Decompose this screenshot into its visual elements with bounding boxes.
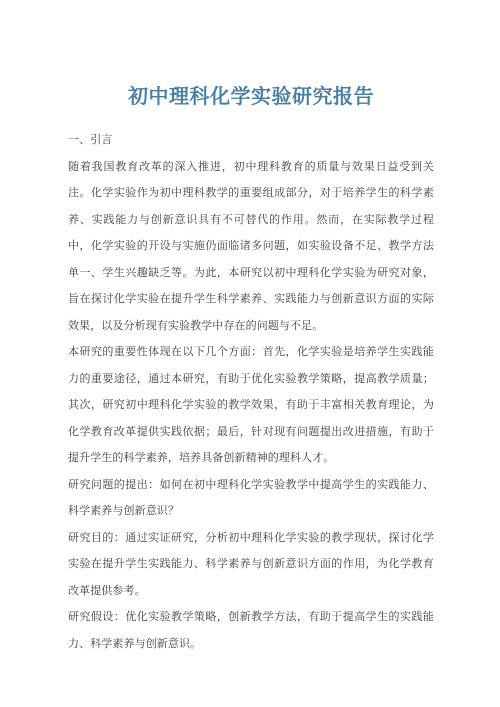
document-body: 一、引言 随着我国教育改革的深入推进，初中理科教育的质量与效果日益受到关注。化学… [68,127,434,657]
paragraph-research-hypothesis: 研究假设：优化实验教学策略，创新教学方法，有助于提高学生的实践能力、科学素养与创… [68,604,434,657]
document-title: 初中理科化学实验研究报告 [68,86,434,108]
paragraph-research-purpose: 研究目的：通过实证研究，分析初中理科化学实验的教学现状，探讨化学实验在提升学生实… [68,525,434,605]
paragraph-research-question: 研究问题的提出：如何在初中理科化学实验教学中提高学生的实践能力、科学素养与创新意… [68,472,434,525]
paragraph-importance: 本研究的重要性体现在以下几个方面：首先，化学实验是培养学生实践能力的重要途径，通… [68,339,434,472]
document-page: 初中理科化学实验研究报告 一、引言 随着我国教育改革的深入推进，初中理科教育的质… [0,0,500,707]
paragraph-introduction: 随着我国教育改革的深入推进，初中理科教育的质量与效果日益受到关注。化学实验作为初… [68,154,434,340]
section-heading-introduction: 一、引言 [68,127,434,154]
